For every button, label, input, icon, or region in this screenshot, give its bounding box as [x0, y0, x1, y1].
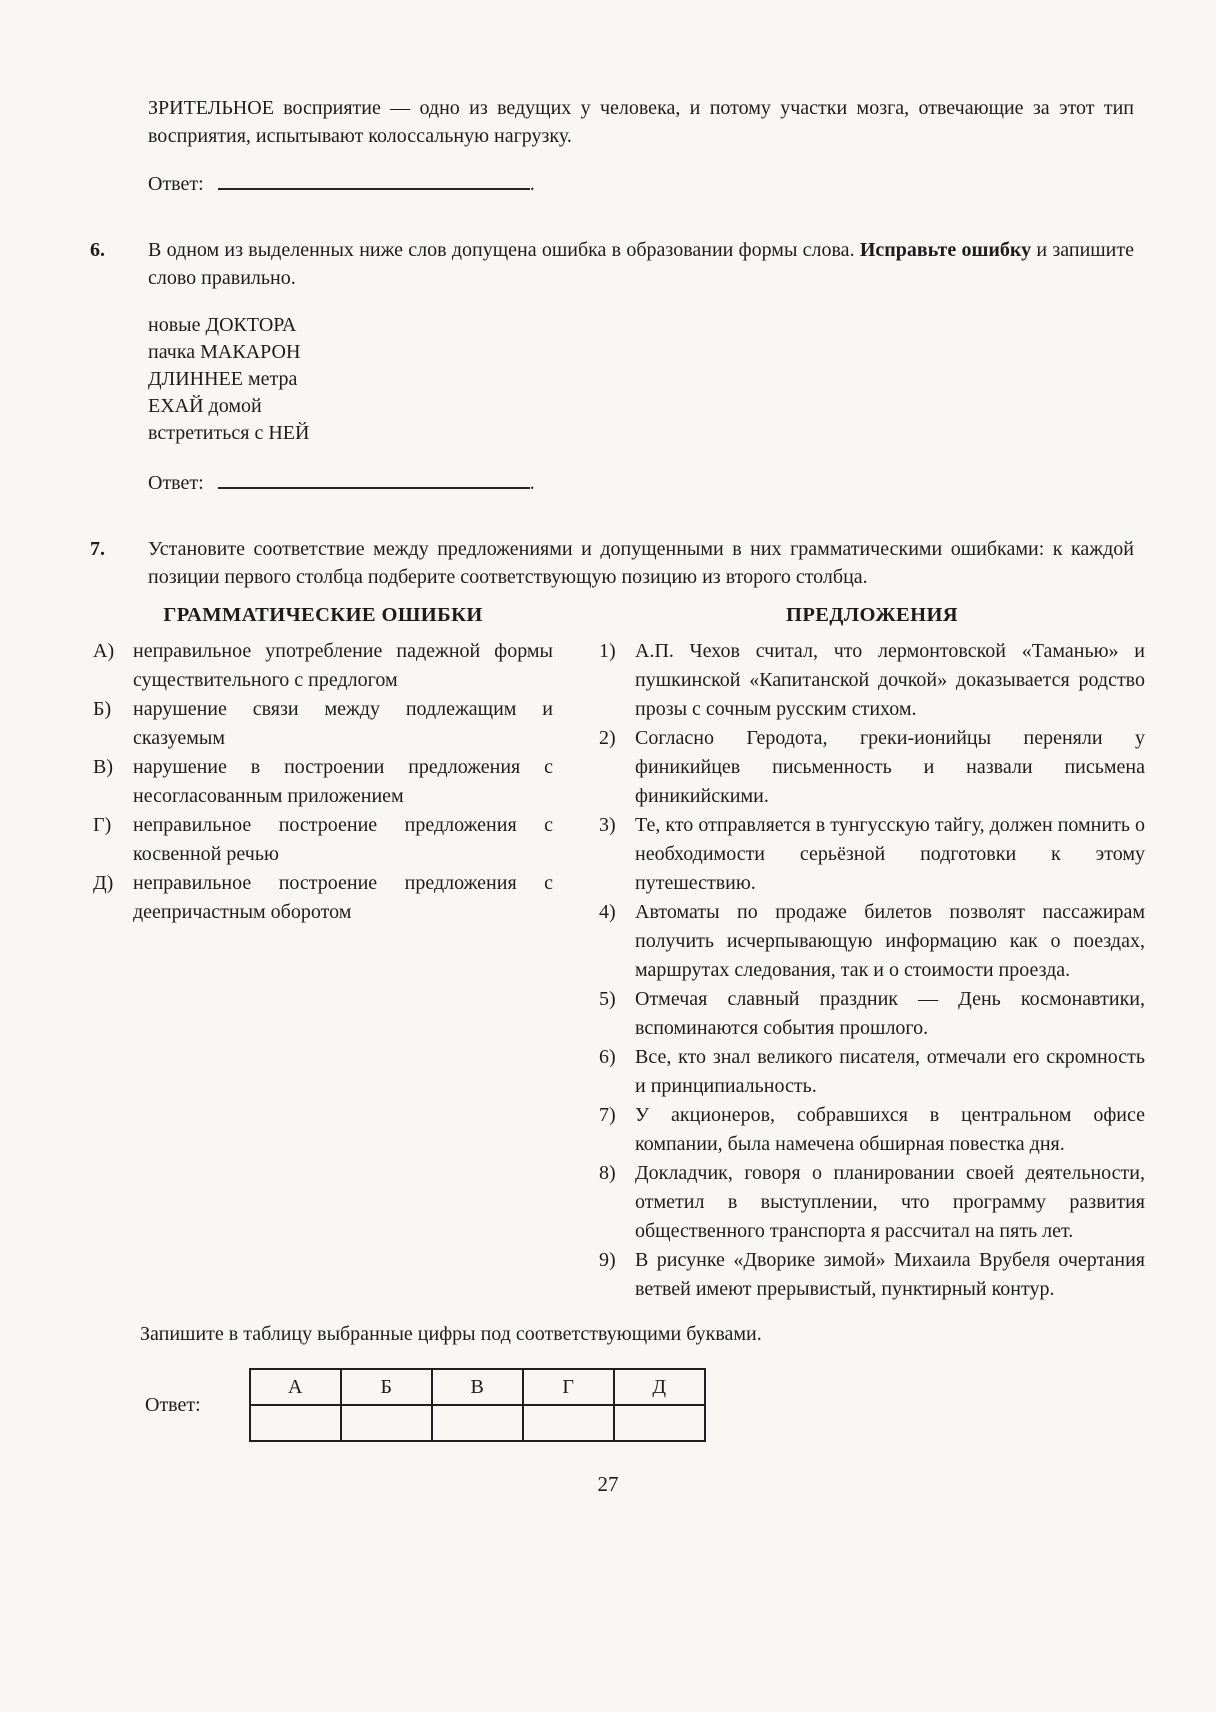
question7-prompt: Установите соответствие между предложени… [148, 535, 1134, 591]
answer-blank-line [218, 168, 530, 190]
answer-table-header-cell: В [432, 1369, 523, 1405]
sentence-item: 3) Те, кто отправляется в тунгусскую тай… [599, 811, 1145, 898]
question6-prompt-bold: Исправьте ошибку [860, 239, 1031, 261]
error-item: Д) неправильное построение предложения с… [93, 869, 553, 927]
answer-table-header-cell: Д [614, 1369, 705, 1405]
answer-table: А Б В Г Д [249, 1368, 706, 1442]
question6-prompt: В одном из выделенных ниже слов допущена… [148, 236, 1134, 292]
error-item-text: неправильное построение предложения с ко… [133, 811, 553, 869]
answer-table-header-cell: Б [341, 1369, 432, 1405]
error-item-marker: Г) [93, 811, 133, 869]
question6: 6. В одном из выделенных ниже слов допущ… [0, 236, 1216, 292]
question7: 7. Установите соответствие между предлож… [0, 535, 1216, 591]
answer-table-header-cell: А [250, 1369, 341, 1405]
sentence-item-text: Все, кто знал великого писателя, отмечал… [635, 1043, 1145, 1101]
answer-blank-line [218, 467, 530, 489]
sentence-item-marker: 8) [599, 1159, 635, 1246]
answer-period: . [530, 173, 535, 195]
sentence-item-text: У акционеров, собравшихся в центральном … [635, 1101, 1145, 1159]
question7-matching: ГРАММАТИЧЕСКИЕ ОШИБКИ А) неправильное уп… [93, 601, 1145, 1304]
question6-prompt-start: В одном из выделенных ниже слов допущена… [148, 239, 860, 261]
question5-text: ЗРИТЕЛЬНОЕ восприятие — одно из ведущих … [148, 94, 1134, 150]
error-item: Б) нарушение связи между подлежащим и ск… [93, 695, 553, 753]
sentence-item: 1) А.П. Чехов считал, что лермонтовской … [599, 637, 1145, 724]
error-item: А) неправильное употребление падежной фо… [93, 637, 553, 695]
question6-answer-line: Ответ:. [148, 467, 1216, 497]
error-item-marker: Д) [93, 869, 133, 927]
question7-number: 7. [90, 535, 105, 563]
error-item: В) нарушение в построении предложения с … [93, 753, 553, 811]
answer-label: Ответ: [145, 1391, 201, 1419]
error-item: Г) неправильное построение предложения с… [93, 811, 553, 869]
sentence-item-text: Отмечая славный праздник — День космонав… [635, 985, 1145, 1043]
sentence-item-text: Согласно Геродота, греки-ионийцы перенял… [635, 724, 1145, 811]
sentence-item-text: А.П. Чехов считал, что лермонтовской «Та… [635, 637, 1145, 724]
sentence-item-marker: 4) [599, 898, 635, 985]
error-item-text: неправильное употребление падежной формы… [133, 637, 553, 695]
sentence-item-marker: 2) [599, 724, 635, 811]
sentences-column: ПРЕДЛОЖЕНИЯ 1) А.П. Чехов считал, что ле… [599, 601, 1145, 1304]
sentence-item: 5) Отмечая славный праздник — День космо… [599, 985, 1145, 1043]
errors-column: ГРАММАТИЧЕСКИЕ ОШИБКИ А) неправильное уп… [93, 601, 553, 1304]
answer-label: Ответ: [148, 173, 204, 195]
sentence-item-text: Докладчик, говоря о планировании своей д… [635, 1159, 1145, 1246]
sentence-item: 7) У акционеров, собравшихся в центральн… [599, 1101, 1145, 1159]
sentence-item: 9) В рисунке «Дворике зимой» Михаила Вру… [599, 1246, 1145, 1304]
answer-table-value-cell [614, 1405, 705, 1441]
answer-table-value-cell [523, 1405, 614, 1441]
option-item: пачка МАКАРОН [148, 339, 1216, 366]
answer-table-value-cell [250, 1405, 341, 1441]
sentence-item-marker: 7) [599, 1101, 635, 1159]
error-item-marker: Б) [93, 695, 133, 753]
answer-table-header-row: А Б В Г Д [250, 1369, 705, 1405]
answer-table-value-cell [432, 1405, 523, 1441]
question6-options: новые ДОКТОРА пачка МАКАРОН ДЛИННЕЕ метр… [148, 312, 1216, 447]
question7-answer-row: Ответ: А Б В Г Д [145, 1368, 1216, 1442]
sentence-item-text: Те, кто отправляется в тунгусскую тайгу,… [635, 811, 1145, 898]
sentence-item: 6) Все, кто знал великого писателя, отме… [599, 1043, 1145, 1101]
question7-table-instruction: Запишите в таблицу выбранные цифры под с… [140, 1320, 1216, 1348]
answer-table-value-cell [341, 1405, 432, 1441]
sentence-item-marker: 9) [599, 1246, 635, 1304]
sentence-item-marker: 3) [599, 811, 635, 898]
sentences-column-header: ПРЕДЛОЖЕНИЯ [599, 601, 1145, 629]
sentence-item: 8) Докладчик, говоря о планировании свое… [599, 1159, 1145, 1246]
sentence-item-marker: 1) [599, 637, 635, 724]
error-item-text: нарушение связи между подлежащим и сказу… [133, 695, 553, 753]
error-item-marker: А) [93, 637, 133, 695]
sentence-item-marker: 5) [599, 985, 635, 1043]
error-item-text: неправильное построение предложения с де… [133, 869, 553, 927]
sentence-item-text: В рисунке «Дворике зимой» Михаила Врубел… [635, 1246, 1145, 1304]
question5-fragment: ЗРИТЕЛЬНОЕ восприятие — одно из ведущих … [0, 94, 1216, 150]
answer-period: . [530, 472, 535, 494]
sentence-item-marker: 6) [599, 1043, 635, 1101]
option-item: ДЛИННЕЕ метра [148, 366, 1216, 393]
question6-number: 6. [90, 236, 105, 264]
option-item: новые ДОКТОРА [148, 312, 1216, 339]
answer-table-header-cell: Г [523, 1369, 614, 1405]
answer-label: Ответ: [148, 472, 204, 494]
error-item-marker: В) [93, 753, 133, 811]
sentence-item: 2) Согласно Геродота, греки-ионийцы пере… [599, 724, 1145, 811]
sentence-item: 4) Автоматы по продаже билетов позволят … [599, 898, 1145, 985]
errors-column-header: ГРАММАТИЧЕСКИЕ ОШИБКИ [93, 601, 553, 629]
option-item: ЕХАЙ домой [148, 393, 1216, 420]
page-number: 27 [0, 1470, 1216, 1498]
sentence-item-text: Автоматы по продаже билетов позволят пас… [635, 898, 1145, 985]
exam-page: ЗРИТЕЛЬНОЕ восприятие — одно из ведущих … [0, 0, 1216, 1712]
question5-answer-line: Ответ:. [148, 168, 1216, 198]
error-item-text: нарушение в построении предложения с нес… [133, 753, 553, 811]
option-item: встретиться с НЕЙ [148, 420, 1216, 447]
answer-table-value-row [250, 1405, 705, 1441]
